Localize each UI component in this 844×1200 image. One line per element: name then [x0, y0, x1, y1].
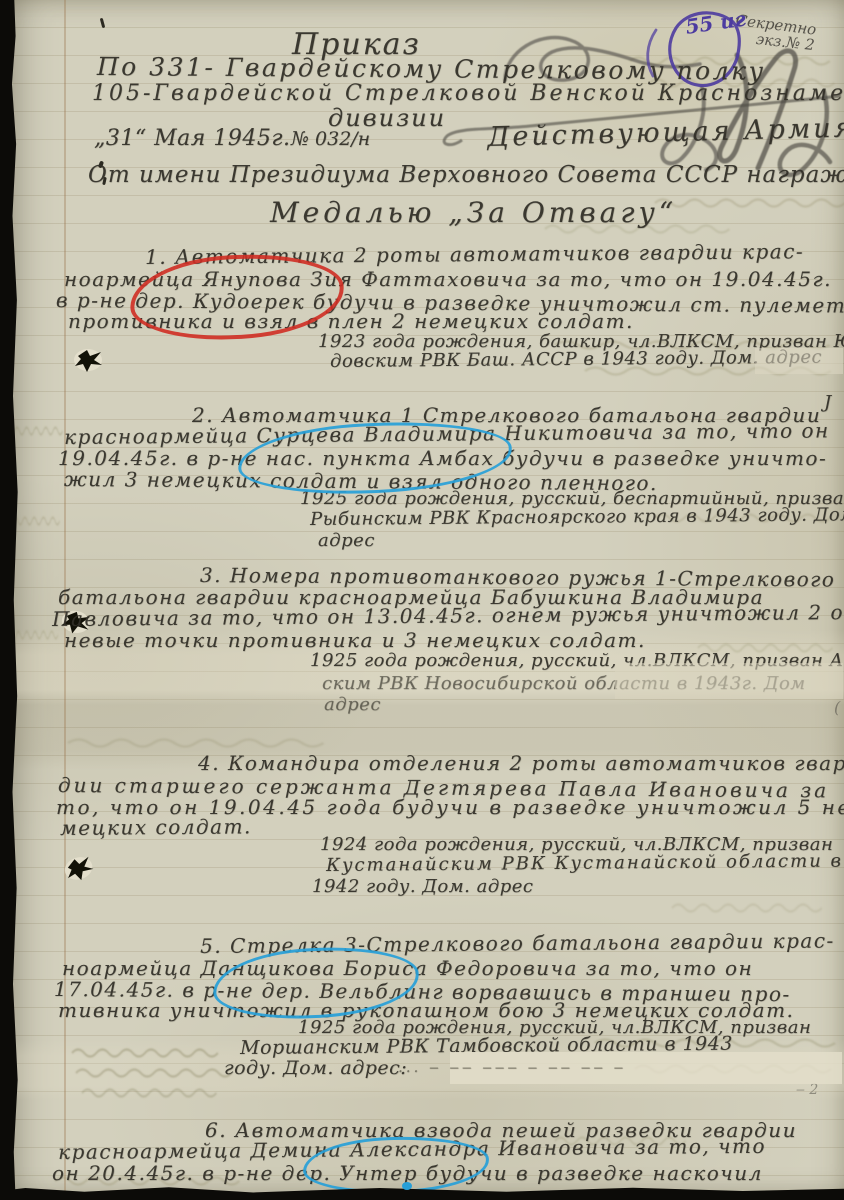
manuscript-line: Моршанским РВК Тамбовской области в 1943 [240, 1033, 733, 1059]
manuscript-line: адрес [324, 694, 381, 715]
manuscript-line: Рыбинским РВК Красноярского края в 1943 … [310, 504, 844, 530]
address-dash-marks: ... ‒ ‒‒ ‒‒‒ ‒ ‒‒ ‒‒ ‒ [398, 1058, 626, 1076]
bracket-mark: ( [834, 698, 840, 717]
manuscript-line: году. Дом. адрес: [224, 1057, 407, 1079]
award-preamble: От имени Президиума Верховного Совета СС… [88, 162, 844, 188]
manuscript-line: невые точки противника и 3 немецких солд… [64, 628, 646, 652]
pen-tick-mark: J [824, 392, 831, 413]
scan-edge-left [0, 0, 26, 1200]
scanned-order-page: Секретно экз.№ 2 55 иг Приказ По 331- Гв… [0, 0, 844, 1200]
division-line: 105-Гвардейской Стрелковой Венской Красн… [92, 81, 844, 106]
manuscript-line: ским РВК Новосибирской области в 1943г. … [322, 673, 806, 694]
ink-speck [100, 18, 105, 28]
manuscript-line: довским РВК Баш. АССР в 1943 году. Дом. … [330, 347, 822, 372]
army-designation: Действующая Армия [487, 112, 844, 153]
manuscript-line: адрес [318, 530, 375, 551]
manuscript-line: 1925 года рождения, русский, чл.ВЛКСМ, п… [310, 650, 844, 671]
manuscript-line: Кустанайским РВК Кустанайской области в [326, 850, 843, 876]
medal-name: Медалью „За Отвагу“ [270, 196, 677, 229]
blue-ink-dot [402, 1182, 412, 1190]
order-date: „31“ Мая 1945г. [94, 126, 290, 151]
manuscript-line: 4. Командира отделения 2 роты автоматчик… [198, 751, 844, 775]
order-number: № 032/н [291, 128, 370, 150]
registry-mark: 55 иг [684, 7, 747, 39]
manuscript-line: 1942 году. Дом. адрес [312, 876, 534, 897]
manuscript-line: мецких солдат. [60, 814, 252, 840]
page-note-mark: ‒ 2 [796, 1082, 818, 1098]
